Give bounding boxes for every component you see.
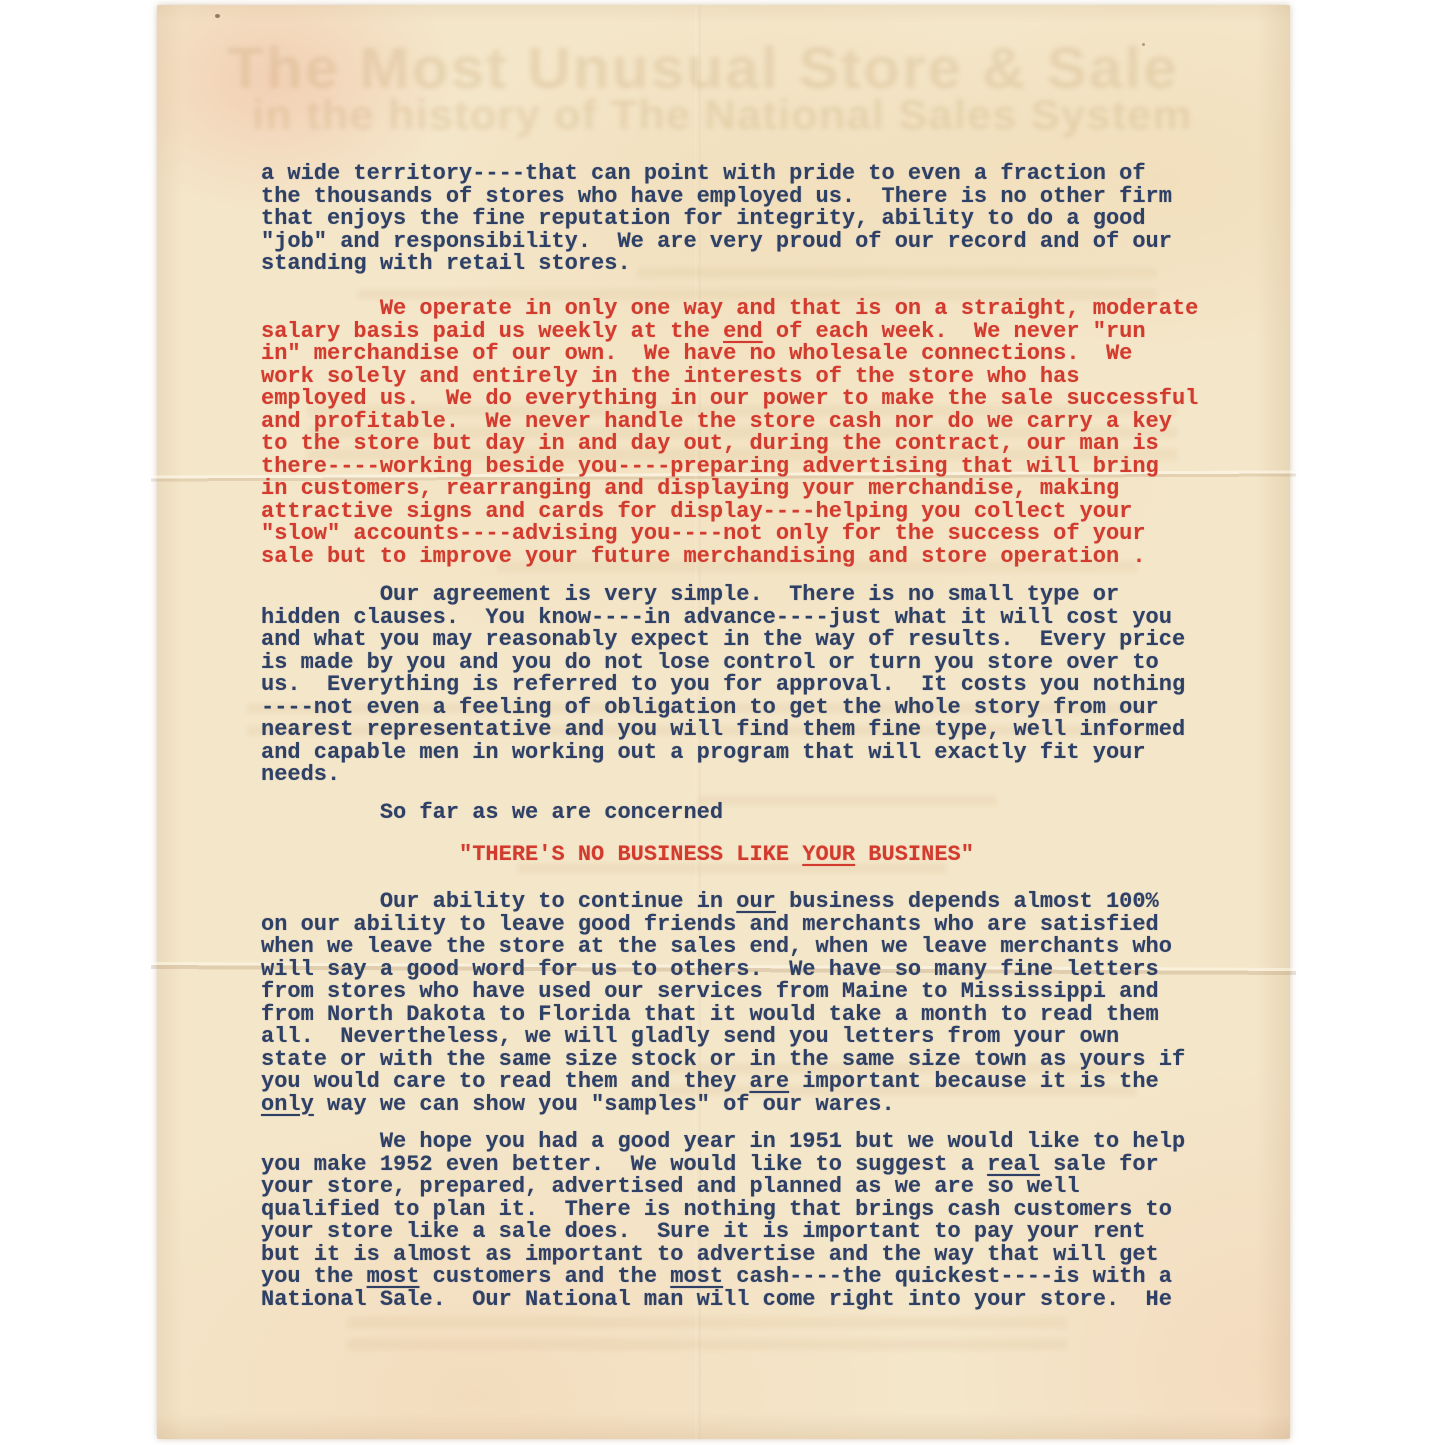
lead-in-line: So far as we are concerned	[261, 802, 723, 825]
paragraph-how-we-operate: We operate in only one way and that is o…	[261, 298, 1198, 568]
letter-page: The Most Unusual Store & Sale in the his…	[157, 5, 1290, 1439]
paper-speck	[215, 14, 220, 18]
bleedthrough-strip	[347, 1317, 1067, 1353]
slogan-headline: "THERE'S NO BUSINESS LIKE YOUR BUSINES"	[261, 844, 974, 867]
bleedthrough-strip	[697, 795, 997, 808]
paragraph-reputation: a wide territory----that can point with …	[261, 163, 1172, 276]
paragraph-our-ability: Our ability to continue in our business …	[261, 891, 1185, 1116]
paper-speck	[1142, 43, 1145, 46]
bleedthrough-headline-line2: in the history of The National Sales Sys…	[252, 91, 1192, 139]
paragraph-1952-pitch: We hope you had a good year in 1951 but …	[261, 1131, 1185, 1311]
paragraph-agreement: Our agreement is very simple. There is n…	[261, 584, 1185, 787]
